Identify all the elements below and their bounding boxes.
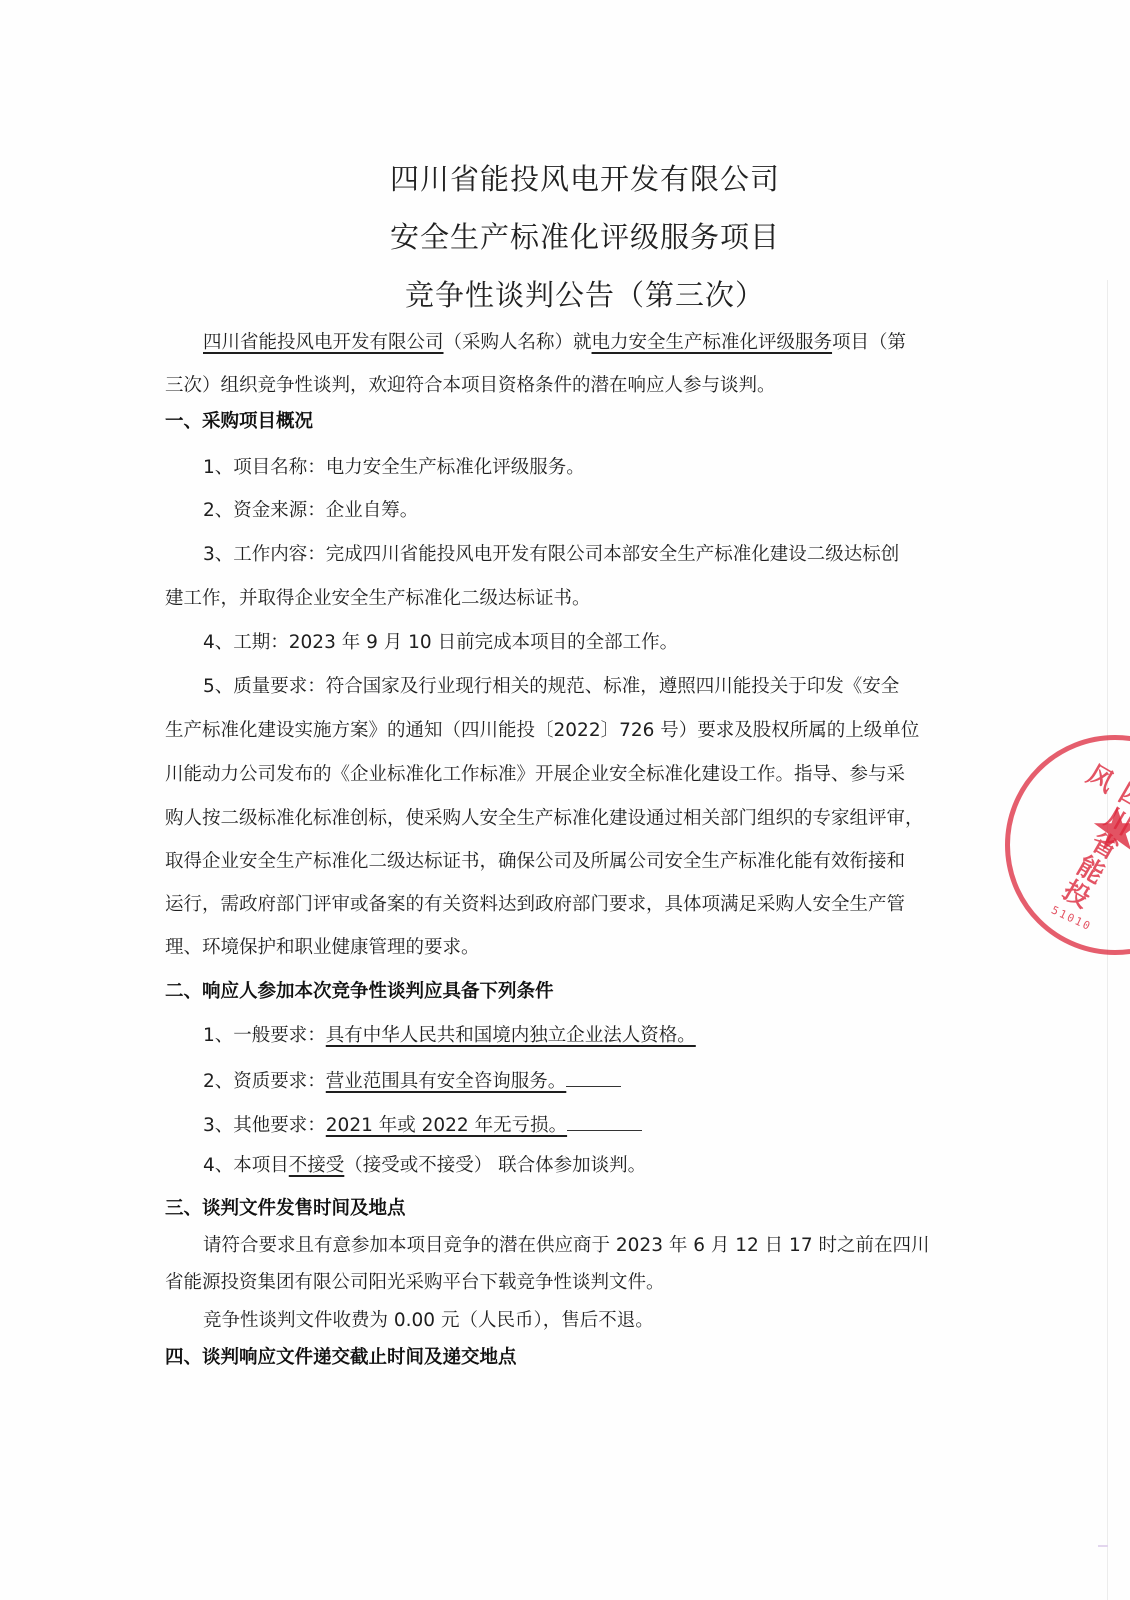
consortium-prefix: 4、本项目 [203, 1155, 289, 1176]
intro-line-1: 四川省能投风电开发有限公司（采购人名称）就电力安全生产标准化评级服务项目（第 [203, 330, 983, 356]
section-1-item-5-line-1: 5、质量要求：符合国家及行业现行相关的规范、标准，遵照四川能投关于印发《安全 [203, 674, 983, 700]
section-4-heading: 四、谈判响应文件递交截止时间及递交地点 [165, 1345, 945, 1371]
document-title-line-1: 四川省能投风电开发有限公司 [0, 157, 1130, 198]
section-3-para-1-line-1: 请符合要求且有意参加本项目竞争的潜在供应商于 2023 年 6 月 12 日 1… [203, 1233, 983, 1259]
section-1-item-5-line-4: 购人按二级标准化标准创标，使采购人安全生产标准化建设通过相关部门组织的专家组评审… [165, 806, 945, 832]
section-2-item-4: 4、本项目不接受（接受或不接受） 联合体参加谈判。 [203, 1153, 983, 1179]
scan-artifact [1098, 1545, 1108, 1547]
section-1-item-5-line-2: 生产标准化建设实施方案》的通知（四川能投〔2022〕726 号）要求及股权所属的… [165, 718, 945, 744]
consortium-choice: 不接受 [289, 1155, 345, 1176]
requirement-value: 具有中华人民共和国境内独立企业法人资格。 [326, 1025, 696, 1046]
intro-line-2: 三次）组织竞争性谈判，欢迎符合本项目资格条件的潜在响应人参与谈判。 [165, 373, 945, 399]
section-3-heading: 三、谈判文件发售时间及地点 [165, 1196, 945, 1222]
requirement-label: 3、其他要求： [203, 1115, 326, 1136]
seal-star-icon: ★ [1090, 800, 1130, 860]
section-2-heading: 二、响应人参加本次竞争性谈判应具备下列条件 [165, 979, 945, 1005]
underline-blank [567, 1110, 642, 1131]
requirement-value: 2021 年或 2022 年无亏损。 [326, 1115, 567, 1136]
section-1-item-5-line-5: 取得企业安全生产标准化二级达标证书，确保公司及所属公司安全生产标准化能有效衔接和 [165, 849, 945, 875]
section-3-para-2: 竞争性谈判文件收费为 0.00 元（人民币），售后不退。 [203, 1308, 983, 1334]
section-1-item-3-line-2: 建工作，并取得企业安全生产标准化二级达标证书。 [165, 586, 945, 612]
project-name: 电力安全生产标准化评级服务 [592, 332, 833, 353]
section-1-item-2: 2、资金来源：企业自筹。 [203, 498, 983, 524]
section-1-heading: 一、采购项目概况 [165, 409, 945, 435]
section-1-item-4: 4、工期：2023 年 9 月 10 日前完成本项目的全部工作。 [203, 630, 983, 656]
underline-blank [566, 1066, 621, 1087]
purchaser-name: 四川省能投风电开发有限公司 [203, 332, 444, 353]
section-1-item-3-line-1: 3、工作内容：完成四川省能投风电开发有限公司本部安全生产标准化建设二级达标创 [203, 542, 983, 568]
requirement-label: 1、一般要求： [203, 1025, 326, 1046]
section-2-item-2: 2、资质要求：营业范围具有安全咨询服务。 [203, 1066, 983, 1095]
requirement-value: 营业范围具有安全咨询服务。 [326, 1071, 567, 1092]
requirement-label: 2、资质要求： [203, 1071, 326, 1092]
purchaser-label: （采购人名称）就 [444, 332, 592, 353]
section-1-item-5-line-6: 运行，需政府部门评审或备案的有关资料达到政府部门要求，具体项满足采购人安全生产管 [165, 892, 945, 918]
section-1-item-5-line-3: 川能动力公司发布的《企业标准化工作标准》开展企业安全标准化建设工作。指导、参与采 [165, 762, 945, 788]
section-1-item-5-line-7: 理、环境保护和职业健康管理的要求。 [165, 935, 945, 961]
consortium-suffix: （接受或不接受） 联合体参加谈判。 [344, 1155, 646, 1176]
document-title-line-2: 安全生产标准化评级服务项目 [0, 215, 1130, 256]
intro-line-1-tail: 项目（第 [832, 332, 906, 353]
section-3-para-1-line-2: 省能源投资集团有限公司阳光采购平台下载竞争性谈判文件。 [165, 1270, 945, 1296]
section-1-item-1: 1、项目名称：电力安全生产标准化评级服务。 [203, 455, 983, 481]
section-2-item-3: 3、其他要求：2021 年或 2022 年无亏损。 [203, 1110, 983, 1139]
document-title-line-3: 竞争性谈判公告（第三次） [0, 273, 1130, 314]
section-2-item-1: 1、一般要求：具有中华人民共和国境内独立企业法人资格。 [203, 1023, 983, 1049]
document-page: 四川省能投风电开发有限公司 安全生产标准化评级服务项目 竞争性谈判公告（第三次）… [0, 0, 1130, 1600]
